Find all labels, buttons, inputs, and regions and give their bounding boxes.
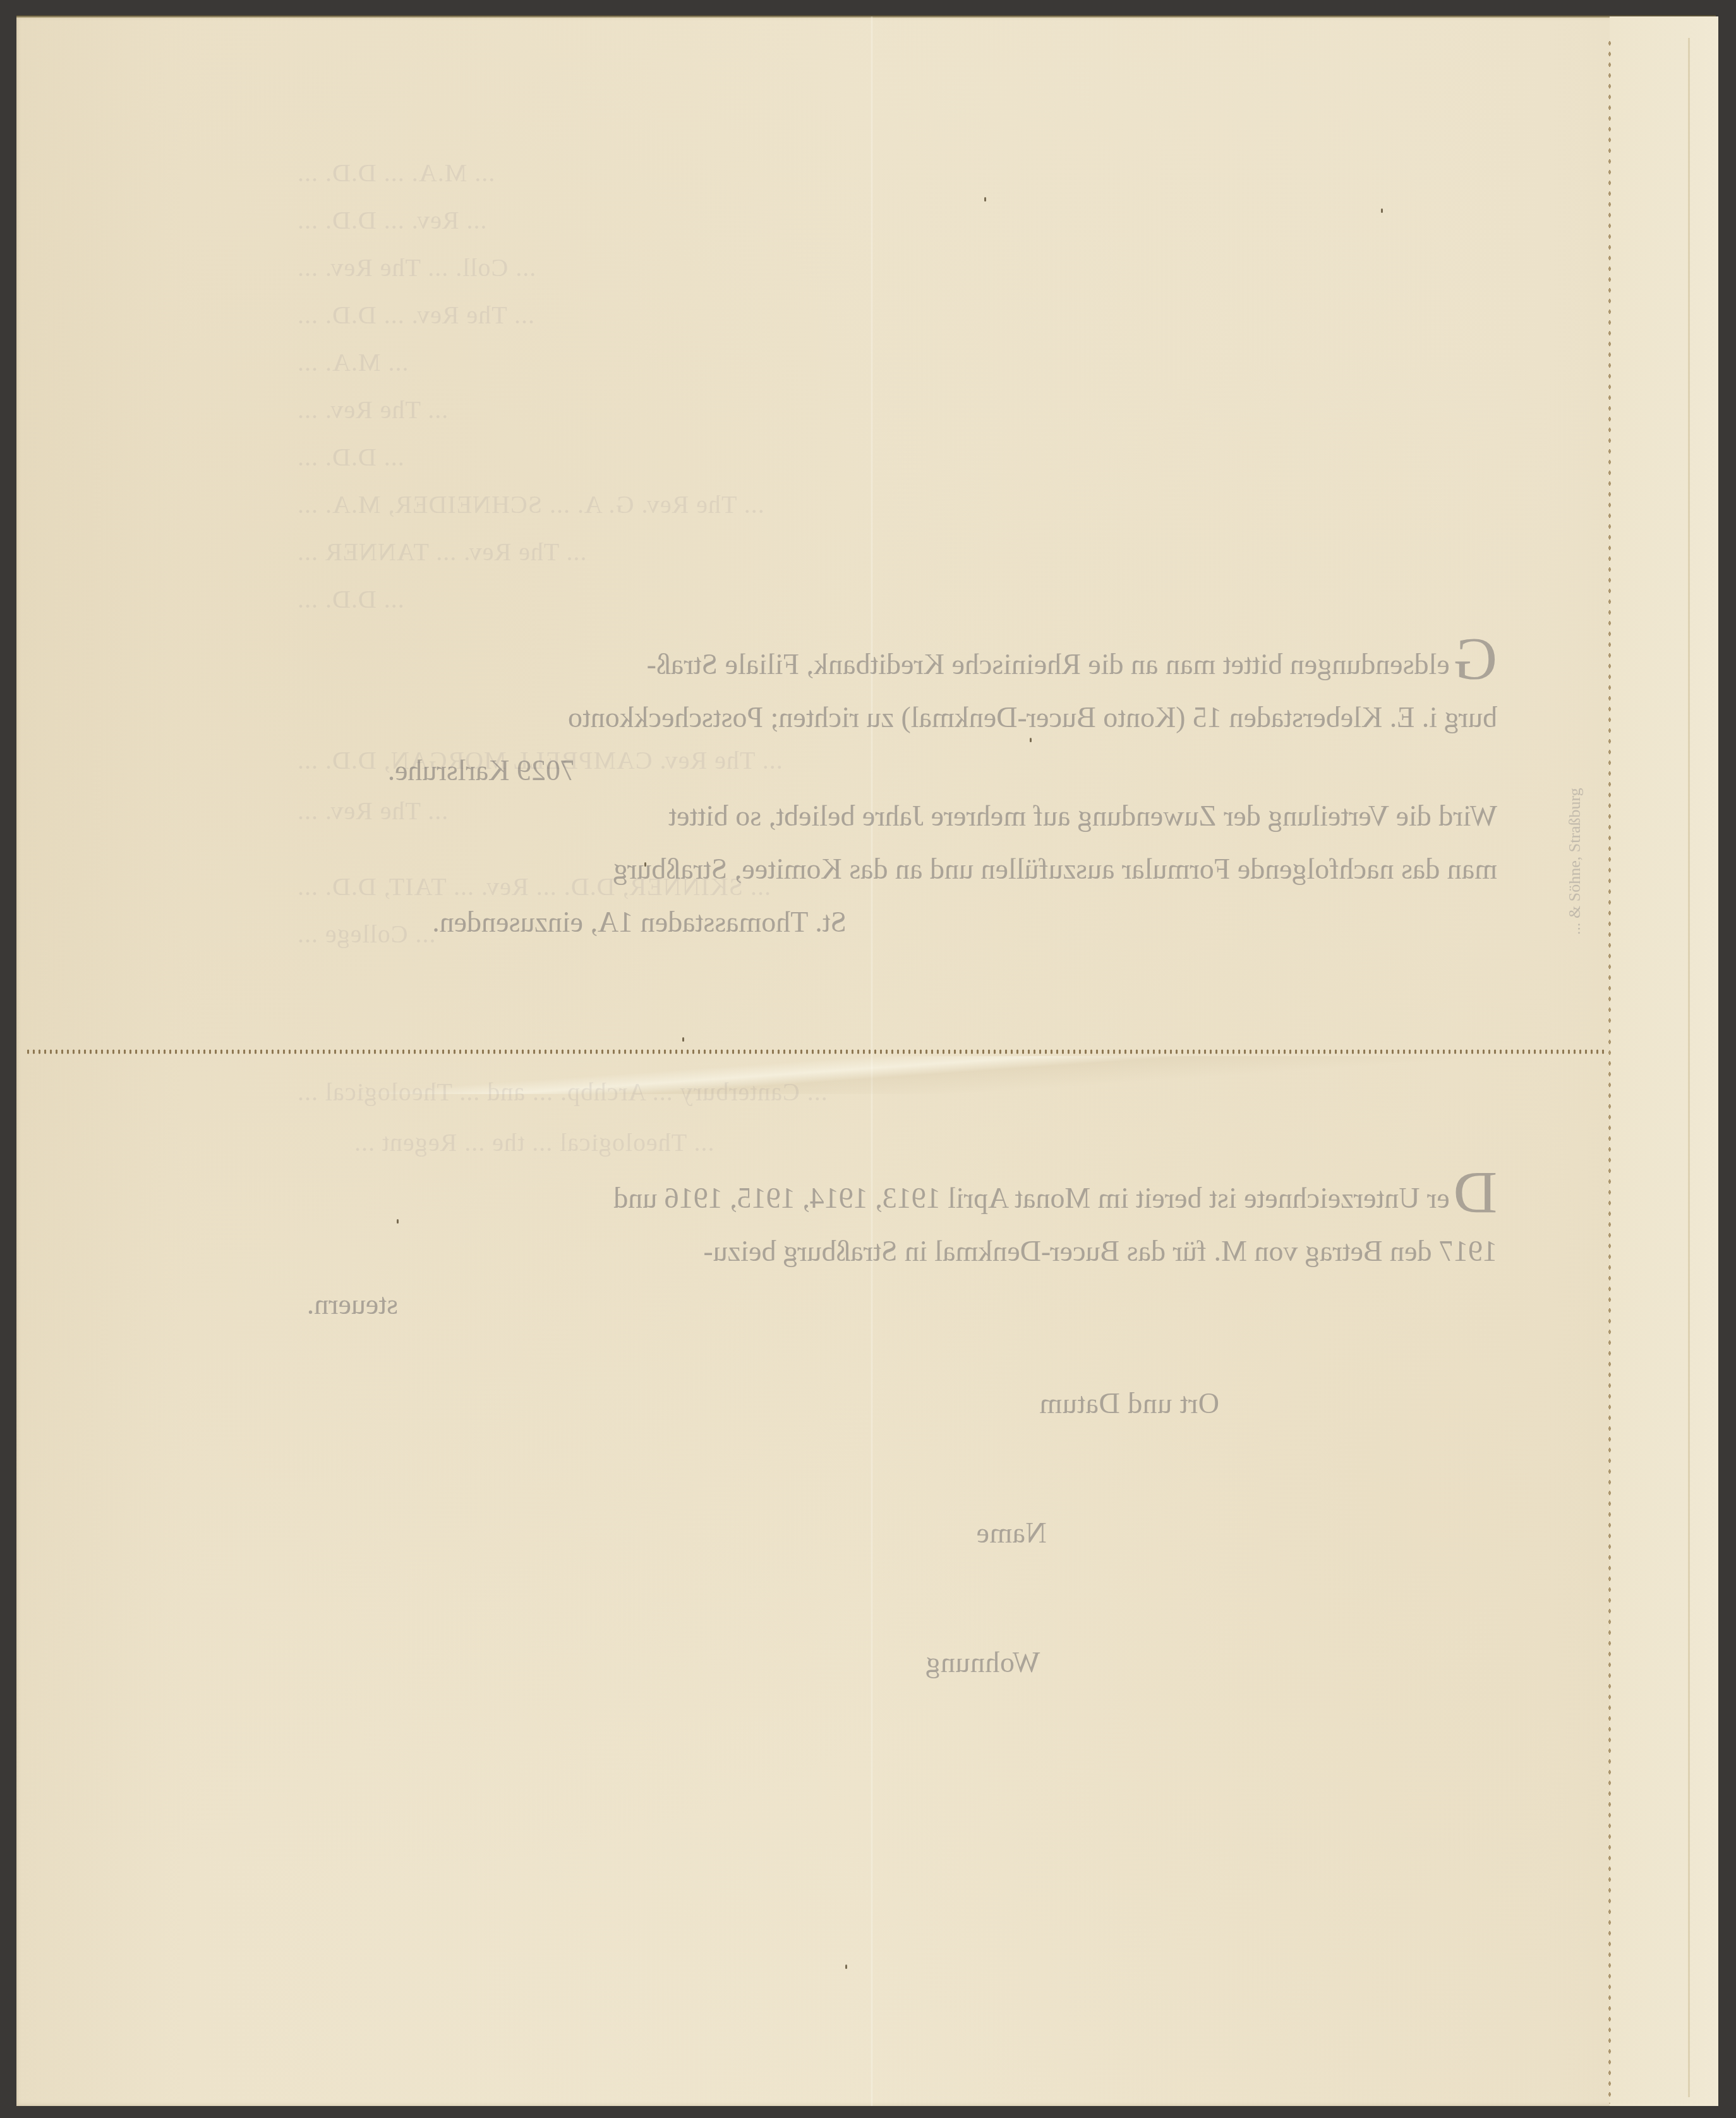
dust-speck bbox=[644, 862, 646, 867]
pledge-line: steuern. bbox=[297, 1278, 1497, 1331]
vertical-perforation bbox=[1607, 38, 1612, 2103]
faint-line: ... Theological ... the ... Regent ... bbox=[354, 1128, 714, 1157]
installment-instructions-paragraph: Wird die Verteilung der Zuwendung auf me… bbox=[297, 790, 1497, 949]
field-label-name: Name bbox=[976, 1516, 1047, 1549]
faint-line: ... M.A. ... D.D. ... bbox=[297, 158, 495, 188]
pledge-form-text: Der Unterzeichnete ist bereit im Monat A… bbox=[297, 1172, 1497, 1331]
faint-line: ... The Rev. ... bbox=[297, 395, 448, 424]
dust-speck bbox=[682, 1037, 684, 1042]
paragraph-line: burg i. E. Kleberstaden 15 (Konto Bucer-… bbox=[297, 691, 1497, 744]
dust-speck bbox=[984, 197, 986, 202]
pledge-line: 1917 den Betrag von M. für das Bucer-Den… bbox=[297, 1225, 1497, 1278]
dust-speck bbox=[1381, 208, 1383, 213]
faint-line: ... The Rev. G. A. ... SCHNEIDER, M.A. .… bbox=[297, 490, 764, 519]
paper-top-edge bbox=[16, 15, 1716, 18]
paragraph-line: Wird die Verteilung der Zuwendung auf me… bbox=[297, 790, 1497, 843]
drop-cap: G bbox=[1454, 625, 1497, 692]
horizontal-perforation bbox=[25, 1047, 1608, 1056]
faint-line: ... D.D. ... bbox=[297, 442, 404, 472]
paragraph-line: man das nachfolgende Formular auszufülle… bbox=[297, 843, 1497, 896]
paragraph-line: St. Thomasstaden 1A, einzusenden. bbox=[297, 896, 1497, 949]
printer-imprint: ... & Söhne, Straßburg bbox=[1565, 682, 1591, 935]
scanned-document: ... M.A. ... D.D. ... ... Rev. ... D.D. … bbox=[0, 0, 1736, 2118]
field-label-place-date: Ort und Datum bbox=[1039, 1387, 1219, 1420]
dust-speck bbox=[397, 1219, 399, 1224]
payment-instructions-paragraph: Geldsendungen bittet man an die Rheinisc… bbox=[297, 638, 1497, 797]
faint-line: ... D.D. ... bbox=[297, 584, 404, 614]
strip-fold-edge bbox=[1688, 38, 1690, 2097]
faint-line: ... The Rev. ... TANNER ... bbox=[297, 537, 587, 567]
field-label-residence: Wohnung bbox=[925, 1646, 1040, 1679]
faint-line: ... Coll. ... The Rev. ... bbox=[297, 253, 536, 282]
faint-line: ... The Rev. ... D.D. ... bbox=[297, 300, 534, 330]
dust-speck bbox=[845, 1965, 847, 1969]
dust-speck bbox=[1030, 738, 1032, 742]
faint-line: ... Canterbury ... Archbp. ... and ... T… bbox=[297, 1077, 828, 1107]
paragraph-line: Geldsendungen bittet man an die Rheinisc… bbox=[297, 638, 1497, 691]
drop-cap: D bbox=[1454, 1158, 1497, 1226]
faint-line: ... M.A. ... bbox=[297, 347, 408, 377]
tear-off-strip bbox=[1610, 16, 1718, 2106]
pledge-line: Der Unterzeichnete ist bereit im Monat A… bbox=[297, 1172, 1497, 1225]
faint-line: ... Rev. ... D.D. ... bbox=[297, 205, 487, 235]
